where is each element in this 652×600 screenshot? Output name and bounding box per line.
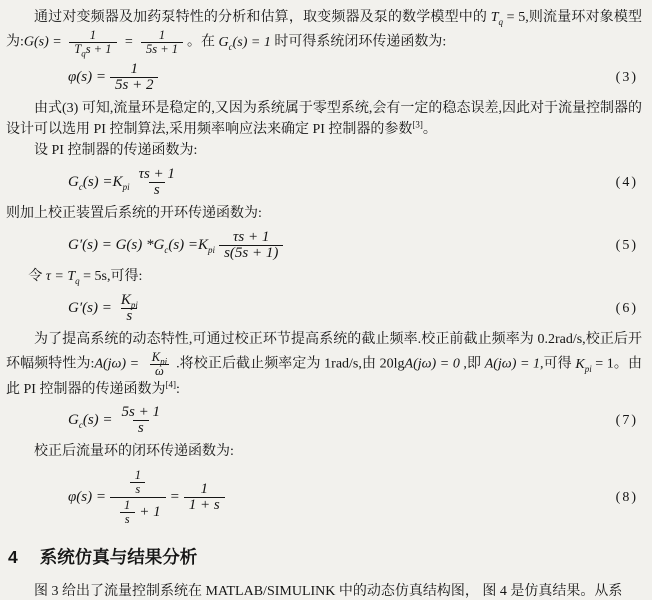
lead-open-loop: 则加上校正装置后系统的开环传递函数为: bbox=[6, 203, 642, 225]
fraction: τs + 1s(5s + 1) bbox=[219, 230, 283, 261]
var-K-base: K bbox=[121, 292, 131, 308]
fraction-den: 5s + 2 bbox=[110, 77, 158, 93]
citation-4: [4] bbox=[165, 379, 176, 389]
fraction-den: s bbox=[120, 512, 135, 526]
p3-text-4: ,可得 bbox=[540, 357, 575, 372]
fraction-num: 1 bbox=[154, 29, 170, 42]
var-Tq: Tq bbox=[67, 269, 79, 284]
lead6-text-1: 令 bbox=[28, 269, 46, 284]
var-Ajw: A(jω) = bbox=[94, 357, 142, 372]
var-Gs: G(s) = bbox=[24, 35, 65, 50]
var-Tq-base: T bbox=[491, 10, 499, 25]
p3-text-6: : bbox=[176, 382, 180, 397]
fraction-Kpi-omega: Kpiω bbox=[147, 351, 172, 378]
equation-8: φ(s) = 1s 1s + 1 = 11 + s (8) bbox=[6, 467, 642, 528]
fraction-num: Kpi bbox=[147, 351, 172, 364]
var-Tq: Tq bbox=[491, 10, 503, 25]
p1-text-4: 时可得系统闭环传递函数为: bbox=[271, 35, 446, 50]
fraction-den: s bbox=[133, 420, 149, 436]
equation-4-number: (4) bbox=[616, 175, 642, 191]
citation-3: [3] bbox=[412, 119, 423, 129]
var-K-sub: pi bbox=[208, 245, 215, 255]
fraction-outer-den: 1s + 1 bbox=[110, 497, 166, 527]
den-tail: + 1 bbox=[139, 505, 160, 520]
var-Ajw-1: A(jω) = 1 bbox=[485, 357, 540, 372]
p3-text-2: .将校正后截止频率定为 1rad/s,由 20lg bbox=[176, 357, 404, 372]
equation-8-body: φ(s) = 1s 1s + 1 = 11 + s bbox=[68, 467, 229, 528]
var-Gc-base: G bbox=[68, 412, 79, 428]
paragraph-intro: 通过对变频器及加药泵特性的分析和估算，取变频器及泵的数学模型中的 Tq = 5,… bbox=[6, 7, 642, 57]
fraction-Tq: 1Tqs + 1 bbox=[69, 29, 116, 56]
equation-3-number: (3) bbox=[616, 70, 642, 86]
var-Kpi: Kpi bbox=[575, 357, 591, 372]
section-heading: 4 系统仿真与结果分析 bbox=[8, 544, 642, 569]
eq5-mid: (s) = bbox=[168, 237, 198, 253]
var-K-base: K bbox=[198, 237, 208, 253]
var-Kpi: Kpi bbox=[198, 237, 215, 254]
fraction-result: 11 + s bbox=[184, 482, 225, 513]
fraction-num: 1 bbox=[85, 29, 101, 42]
var-K-sub: pi bbox=[585, 364, 592, 374]
eq6-lhs: G′(s) = bbox=[68, 300, 112, 317]
fraction-den: Tqs + 1 bbox=[69, 42, 116, 56]
equation-5-number: (5) bbox=[616, 238, 642, 254]
eq8-lhs: φ(s) = bbox=[68, 489, 106, 506]
p2-text-1: 由式(3) 可知,流量环是稳定的,又因为系统属于零型系统,会有一定的稳态误差,因… bbox=[6, 101, 642, 137]
var-K-base: K bbox=[575, 357, 584, 372]
den-rest: s + 1 bbox=[86, 42, 112, 56]
paragraph-simulation: 图 3 给出了流量控制系统在 MATLAB/SIMULINK 中的动态仿真结构图… bbox=[6, 581, 642, 600]
section-title: 系统仿真与结果分析 bbox=[40, 544, 198, 569]
eq4-mid: (s) = bbox=[83, 174, 113, 190]
p3-text-3: ,即 bbox=[460, 357, 485, 372]
eq8-equals: = bbox=[170, 489, 180, 506]
equation-6-number: (6) bbox=[616, 301, 642, 317]
eq5-lhs: G′(s) = G(s) * bbox=[68, 237, 153, 254]
fraction-den: ω bbox=[150, 364, 169, 378]
equation-3-body: φ(s) = 15s + 2 bbox=[68, 61, 162, 94]
equation-7-number: (7) bbox=[616, 413, 642, 429]
fraction-den: s bbox=[121, 308, 137, 324]
var-Tq-base: T bbox=[67, 269, 75, 284]
equation-4: Gc(s) = Kpi τs + 1s (4) bbox=[6, 166, 642, 199]
var-Gc: Gc(s) = bbox=[153, 237, 198, 254]
var-Gc-rest: (s) = 1 bbox=[233, 35, 271, 50]
equation-3: φ(s) = 15s + 2 (3) bbox=[6, 61, 642, 94]
var-Gc-base: G bbox=[153, 237, 164, 253]
equation-7: Gc(s) = 5s + 1s (7) bbox=[6, 404, 642, 437]
lead6-text-2: = 5s,可得: bbox=[80, 269, 143, 284]
eq7-mid: (s) = bbox=[83, 412, 113, 428]
var-K-base: K bbox=[113, 174, 123, 190]
var-tau: τ = bbox=[46, 269, 67, 284]
fraction-num: 1 bbox=[130, 469, 146, 482]
fraction-den: s(5s + 1) bbox=[219, 245, 283, 261]
p2-text-2: 。 bbox=[423, 122, 437, 137]
var-Ajw-0: A(jω) = 0 bbox=[405, 357, 460, 372]
fraction-num: 1 bbox=[125, 62, 143, 77]
equation-5: G′(s) = G(s) * Gc(s) = Kpi τs + 1s(5s + … bbox=[6, 229, 642, 262]
p1-equals: = bbox=[121, 35, 137, 50]
lead-closed-loop: 校正后流量环的闭环传递函数为: bbox=[6, 441, 642, 463]
fraction-inner-1: 1s bbox=[130, 469, 146, 496]
eq4-lhs: Gc(s) = bbox=[68, 174, 113, 191]
document-page: 通过对变频器及加药泵特性的分析和估算，取变频器及泵的数学模型中的 Tq = 5,… bbox=[0, 0, 652, 600]
fraction-num: 5s + 1 bbox=[117, 405, 165, 420]
fraction-inner-2: 1s bbox=[119, 499, 135, 526]
p1-text-3: 。在 bbox=[187, 35, 219, 50]
fraction-num: Kpi bbox=[116, 293, 143, 308]
fraction-num: 1 bbox=[195, 482, 213, 497]
equation-5-body: G′(s) = G(s) * Gc(s) = Kpi τs + 1s(5s + … bbox=[68, 229, 287, 262]
equation-8-number: (8) bbox=[616, 490, 642, 506]
fraction: 5s + 1s bbox=[117, 405, 165, 436]
fraction-outer: 1s 1s + 1 bbox=[110, 468, 166, 527]
equation-6: G′(s) = Kpis (6) bbox=[6, 292, 642, 325]
fraction-den: 1 + s bbox=[184, 497, 225, 513]
fraction: τs + 1s bbox=[134, 167, 180, 198]
eq7-lhs: Gc(s) = bbox=[68, 412, 113, 429]
var-Gc: Gc(s) = 1 bbox=[219, 35, 271, 50]
fraction-den: 5s + 1 bbox=[141, 42, 183, 56]
paragraph-dynamics: 为了提高系统的动态特性,可通过校正环节提高系统的截止频率.校正前截止频率为 0.… bbox=[6, 329, 642, 400]
section-number: 4 bbox=[8, 547, 18, 568]
fraction-outer-num: 1s bbox=[121, 468, 155, 497]
var-K-base: K bbox=[152, 350, 160, 364]
var-Gc-base: G bbox=[68, 174, 79, 190]
p1-text-1: 通过对变频器及加药泵特性的分析和估算，取变频器及泵的数学模型中的 bbox=[34, 10, 491, 25]
fraction: 15s + 2 bbox=[110, 62, 158, 93]
fraction-den: s bbox=[149, 182, 165, 198]
equation-6-body: G′(s) = Kpis bbox=[68, 292, 147, 325]
var-Kpi: Kpi bbox=[113, 174, 130, 191]
fraction-num: τs + 1 bbox=[134, 167, 180, 182]
fraction: Kpis bbox=[116, 293, 143, 324]
fraction-5s1: 15s + 1 bbox=[141, 29, 183, 56]
fraction-num: 1 bbox=[119, 499, 135, 512]
equation-7-body: Gc(s) = 5s + 1s bbox=[68, 404, 169, 437]
fraction-den: s bbox=[130, 482, 145, 496]
fraction-num: τs + 1 bbox=[228, 230, 274, 245]
lead-pi-controller: 设 PI 控制器的传递函数为: bbox=[6, 140, 642, 162]
var-Gc-base: G bbox=[219, 35, 229, 50]
var-K-sub: pi bbox=[123, 182, 130, 192]
eq3-lhs: φ(s) = bbox=[68, 69, 106, 86]
lead-tau: 令 τ = Tq = 5s,可得: bbox=[6, 266, 642, 288]
paragraph-stability: 由式(3) 可知,流量环是稳定的,又因为系统属于零型系统,会有一定的稳态误差,因… bbox=[6, 98, 642, 140]
equation-4-body: Gc(s) = Kpi τs + 1s bbox=[68, 166, 184, 199]
